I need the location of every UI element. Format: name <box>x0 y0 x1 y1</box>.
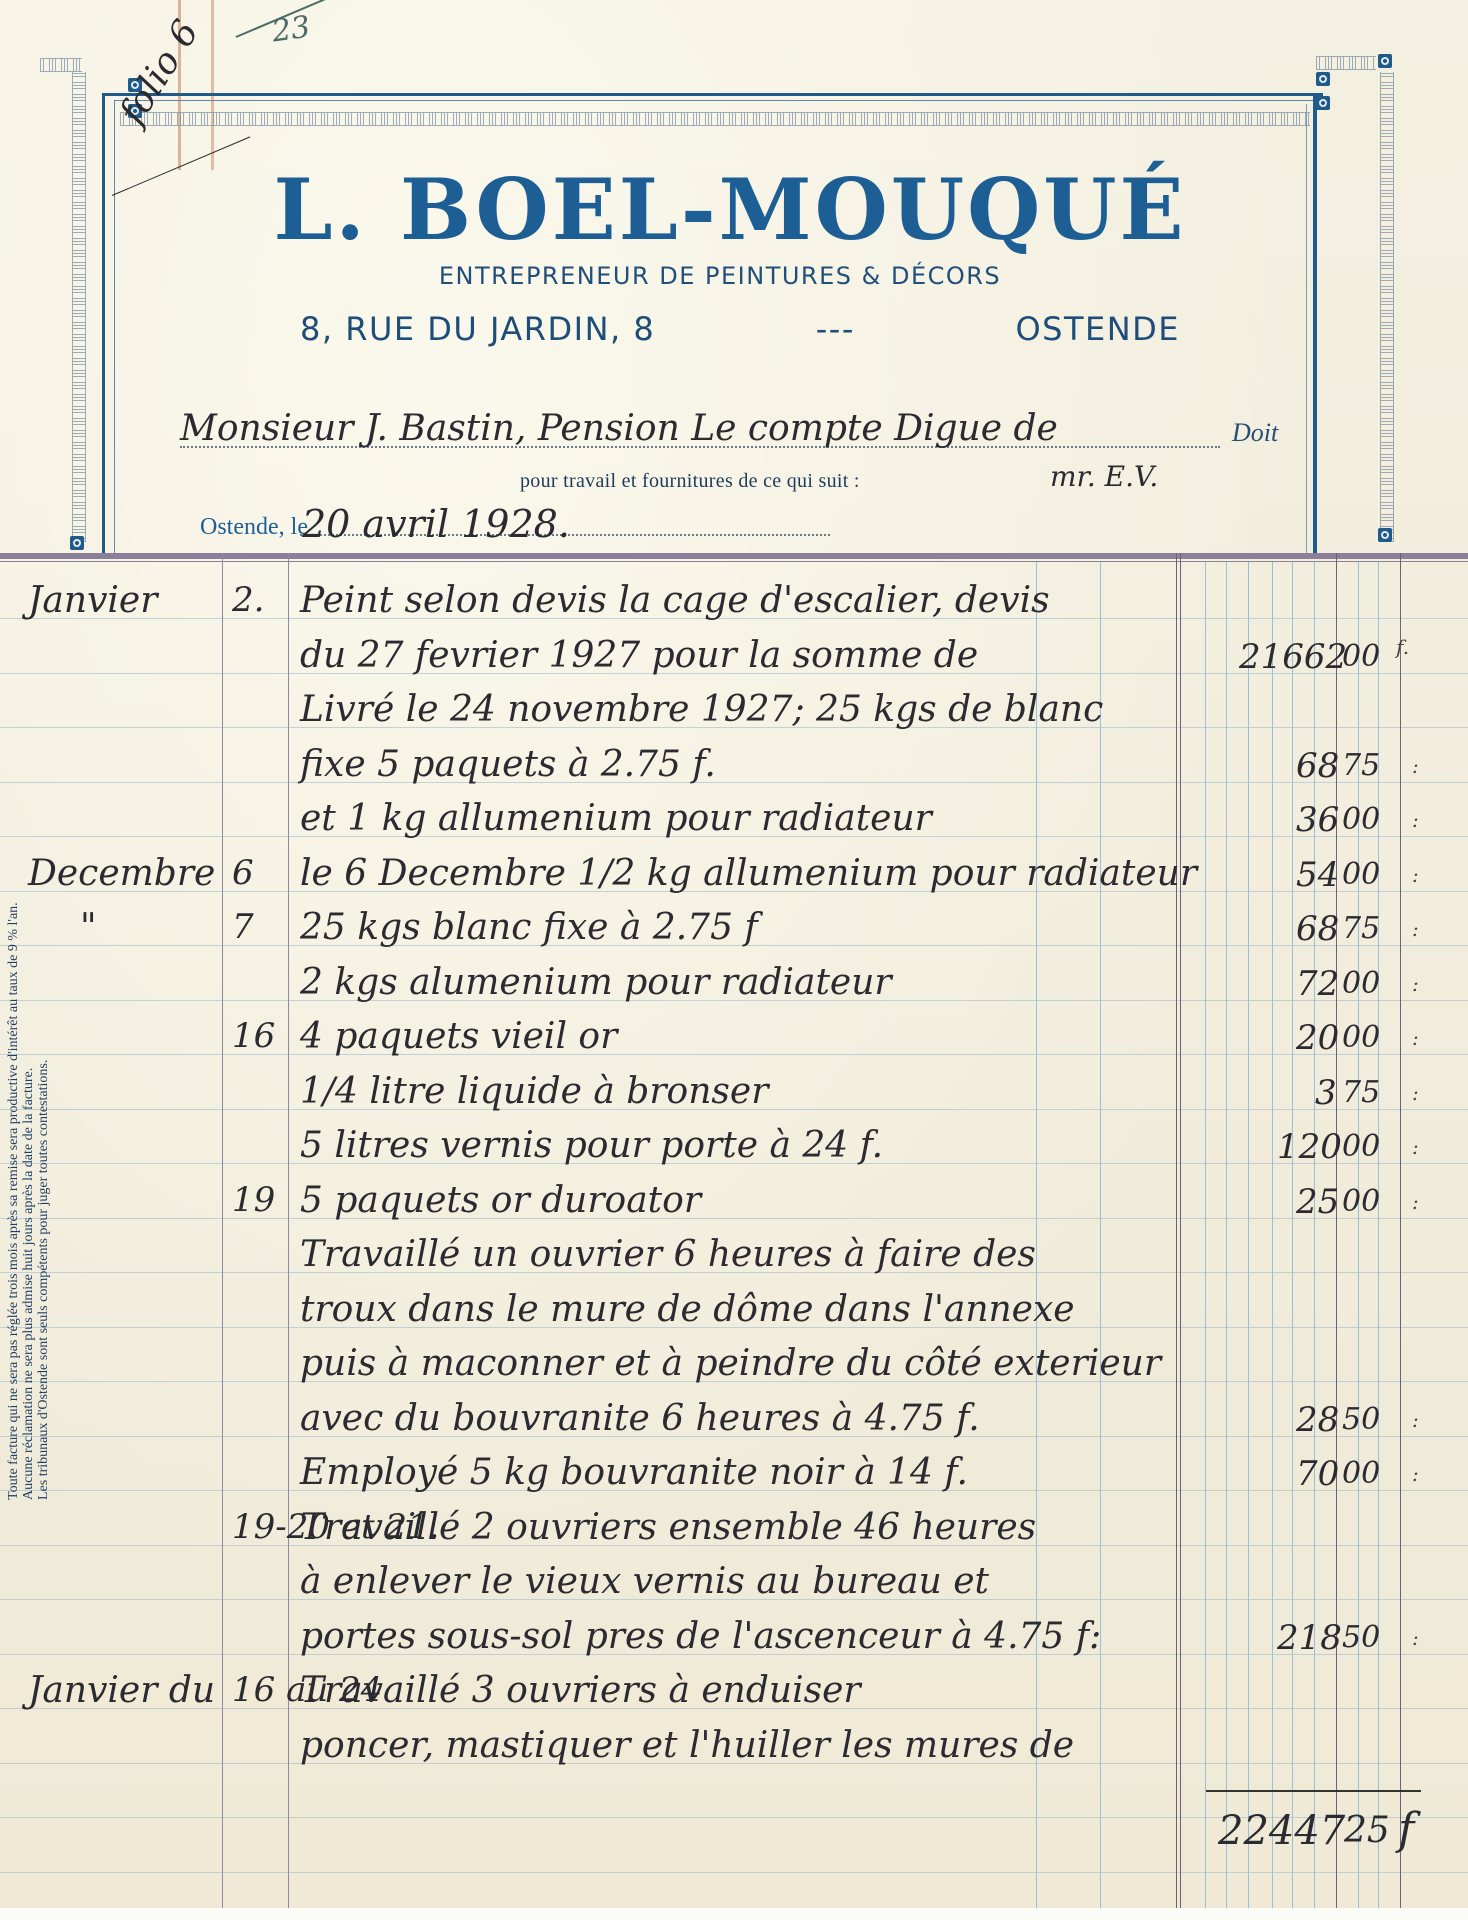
ledger-col-rule <box>1205 562 1206 1908</box>
company-trade: ENTREPRENEUR DE PEINTURES & DÉCORS <box>320 262 1120 290</box>
ledger-col-rule-end <box>1400 553 1401 1908</box>
entry-description: 5 litres vernis pour porte à 24 f. <box>300 1125 883 1166</box>
entry-mark: : <box>1412 1626 1419 1650</box>
entry-francs: 72 <box>1296 964 1339 1004</box>
ledger-top-band <box>0 553 1468 559</box>
letterhead-frame-right <box>1313 95 1317 555</box>
entry-description: Employé 5 kg bouvranite noir à 14 f. <box>300 1452 968 1493</box>
entry-day: 7 <box>232 907 254 947</box>
entry-description: poncer, mastiquer et l'huiller les mures… <box>300 1725 1074 1766</box>
entry-cents: 00 <box>1342 802 1380 837</box>
company-name: L. BOEL-MOUQUÉ <box>150 160 1310 259</box>
entry-cents: 75 <box>1342 1075 1380 1110</box>
ledger-col-rule-month <box>222 553 223 1908</box>
entry-mark: : <box>1412 1081 1419 1105</box>
recipient-name: Monsieur J. Bastin, Pension Le compte Di… <box>180 408 1058 449</box>
greek-key-border-corner-left <box>40 58 82 72</box>
entry-cents: 75 <box>1342 911 1380 946</box>
entry-day: 6 <box>232 853 254 893</box>
terms-line-3: Les tribunaux d'Ostende sont seuls compé… <box>36 540 51 1500</box>
entry-cents: 50 <box>1342 1620 1380 1655</box>
ledger-col-rule <box>1248 562 1249 1908</box>
entry-description: puis à maconner et à peindre du côté ext… <box>300 1343 1161 1384</box>
total-cents: 25 <box>1344 1810 1390 1851</box>
entry-francs: 3 <box>1315 1073 1337 1113</box>
doit-label: Doit <box>1232 418 1278 448</box>
rosette-ornament <box>1316 72 1330 86</box>
entry-description: fixe 5 paquets à 2.75 f. <box>300 744 716 785</box>
entry-description: et 1 kg allumenium pour radiateur <box>300 798 932 839</box>
address-city: OSTENDE <box>1015 310 1180 348</box>
total-francs: 22447 <box>1218 1808 1345 1854</box>
folio-number: 23 <box>270 10 313 50</box>
entry-mark: : <box>1412 1026 1419 1050</box>
entry-francs: 218 <box>1277 1618 1342 1658</box>
entry-cents: 50 <box>1342 1402 1380 1437</box>
entry-description: 1/4 litre liquide à bronser <box>300 1071 768 1112</box>
entry-description: troux dans le mure de dôme dans l'annexe <box>300 1289 1075 1330</box>
address-separator: --- <box>816 310 855 348</box>
entry-description: 2 kgs alumenium pour radiateur <box>300 962 892 1003</box>
company-address: 8, RUE DU JARDIN, 8 --- OSTENDE <box>300 310 1180 348</box>
total-currency: f <box>1398 1804 1414 1855</box>
entry-mark: : <box>1412 1190 1419 1214</box>
entry-cents: 00 <box>1342 1129 1380 1164</box>
entry-description: Livré le 24 novembre 1927; 25 kgs de bla… <box>300 689 1103 730</box>
entry-francs: 70 <box>1296 1454 1339 1494</box>
entry-description: avec du bouvranite 6 heures à 4.75 f. <box>300 1398 980 1439</box>
greek-key-border-top <box>120 112 1310 126</box>
entry-cents: 75 <box>1342 748 1380 783</box>
terms-line-2: Aucune réclamation ne sera plus admise h… <box>21 540 36 1500</box>
entry-mark: : <box>1412 754 1419 778</box>
entry-mark: : <box>1412 808 1419 832</box>
entry-description: le 6 Decembre 1/2 kg allumenium pour rad… <box>300 853 1197 894</box>
entry-cents: 00 <box>1342 966 1380 1001</box>
rosette-ornament <box>1378 528 1392 542</box>
invoice-subtitle: pour travail et fournitures de ce qui su… <box>520 470 860 493</box>
address-street: 8, RUE DU JARDIN, 8 <box>300 310 655 348</box>
entry-mark: : <box>1412 1135 1419 1159</box>
rosette-ornament <box>1316 96 1330 110</box>
entry-description: 25 kgs blanc fixe à 2.75 f <box>300 907 758 948</box>
entry-francs: 54 <box>1296 855 1339 895</box>
terms-line-1: Toute facture qui ne sera pas réglée tro… <box>6 540 21 1500</box>
entry-francs: 68 <box>1296 909 1339 949</box>
rosette-ornament <box>1378 54 1392 68</box>
entry-cents: 00 <box>1342 639 1380 674</box>
entry-francs: 36 <box>1296 800 1339 840</box>
invoice-date: 20 avril 1928. <box>302 502 570 546</box>
entry-day: 19 <box>232 1180 275 1220</box>
ledger-col-rule <box>1292 562 1293 1908</box>
entry-mark: : <box>1412 1408 1419 1432</box>
entry-description: à enlever le vieux vernis au bureau et <box>300 1561 989 1602</box>
entry-francs: 28 <box>1296 1400 1339 1440</box>
entry-description: Travaillé 2 ouvriers ensemble 46 heures <box>300 1507 1036 1548</box>
entry-cents: 00 <box>1342 1184 1380 1219</box>
entry-description: Peint selon devis la cage d'escalier, de… <box>300 580 1050 621</box>
total-rule <box>1206 1790 1421 1792</box>
entry-description: 5 paquets or duroator <box>300 1180 701 1221</box>
entry-francs: 25 <box>1296 1182 1339 1222</box>
entry-cents: 00 <box>1342 1020 1380 1055</box>
entry-cents: 00 <box>1342 1456 1380 1491</box>
entry-mark: : <box>1412 972 1419 996</box>
ledger-col-rule <box>1272 562 1273 1908</box>
payment-terms-notice: Toute facture qui ne sera pas réglée tro… <box>6 540 51 1500</box>
ledger-col-rule-amount <box>1176 553 1177 1908</box>
ledger-col-rule <box>1036 562 1037 1908</box>
entry-francs: 21662 <box>1239 637 1347 677</box>
entry-francs: 68 <box>1296 746 1339 786</box>
entry-description: Travaillé 3 ouvriers à enduiser <box>300 1670 861 1711</box>
entry-description: du 27 fevrier 1927 pour la somme de <box>300 635 978 676</box>
entry-mark: : <box>1412 1462 1419 1486</box>
entry-day: 2. <box>232 580 264 620</box>
entry-description: Travaillé un ouvrier 6 heures à faire de… <box>300 1234 1036 1275</box>
rosette-ornament <box>70 536 84 550</box>
entry-mark: f. <box>1396 635 1409 659</box>
scan-edge <box>0 1908 1468 1920</box>
entry-month: Janvier du <box>28 1670 215 1711</box>
greek-key-border-corner-top <box>1316 56 1376 70</box>
entry-cents: 00 <box>1342 857 1380 892</box>
entry-day: 16 <box>232 1016 275 1056</box>
ledger-col-rule <box>1100 562 1101 1908</box>
entry-description: 4 paquets vieil or <box>300 1016 617 1057</box>
ledger-col-rule <box>1226 562 1227 1908</box>
recipient-note: mr. E.V. <box>1050 460 1158 493</box>
greek-key-border-left <box>72 72 86 542</box>
entry-francs: 120 <box>1277 1127 1342 1167</box>
entry-month: " <box>80 907 97 948</box>
ledger-col-rule-amount <box>1180 553 1181 1908</box>
entry-description: portes sous-sol pres de l'ascenceur à 4.… <box>300 1616 1101 1657</box>
date-label: Ostende, le <box>200 514 308 541</box>
entry-mark: : <box>1412 917 1419 941</box>
entry-month: Decembre <box>28 853 215 894</box>
greek-key-border-right <box>1380 72 1394 542</box>
entry-francs: 20 <box>1296 1018 1339 1058</box>
entry-mark: : <box>1412 863 1419 887</box>
